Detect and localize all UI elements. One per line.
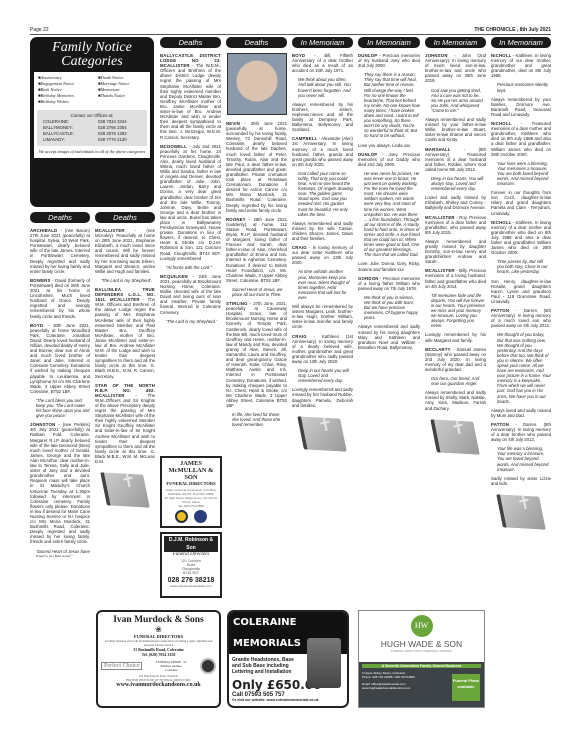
ad-title: HUGH WADE & SON bbox=[359, 639, 484, 649]
notice: BALLINLEA TRUE DEFENDERS L.O.L. NO. 1511… bbox=[95, 287, 155, 379]
column-memoriam-5: In MemoriamBOYD - Bill. Fiftieth Anniver… bbox=[292, 37, 353, 562]
notice: JOHNSON - John (2nd Anniversary). In lov… bbox=[425, 53, 486, 84]
bible-icon: ✝ bbox=[296, 414, 352, 454]
image-note: We accept images of individuals in all o… bbox=[38, 149, 146, 155]
notice-text: - The W.M. Officers and Brethren of the … bbox=[95, 297, 155, 378]
notice-signoff: Always remembered and sadly missed by hi… bbox=[292, 221, 353, 241]
office-row: LIMAVADY:028 7776 2130 bbox=[43, 137, 141, 143]
notice-verse: In life, she lived for those she loved. … bbox=[226, 412, 287, 427]
notice-verse: Precious memories silently kept. bbox=[491, 82, 551, 92]
bible-icon: ✝ bbox=[99, 470, 155, 510]
memoriam-header: In Memoriam bbox=[292, 37, 353, 48]
mcmullan-ad: JAMES McMULLAN & SON FUNERAL DIRECTORS U… bbox=[160, 456, 222, 528]
notice-verse: Sacred Heart of Jesus, we place all our … bbox=[226, 287, 287, 297]
memoriam-header: In Memoriam bbox=[491, 37, 551, 48]
paper-title: THE CHRONICLE , 8th July 2021 bbox=[474, 27, 551, 33]
notice-signoff: Lovingly remembered by his wife Margaret… bbox=[425, 332, 486, 342]
notice: MCALLISTER - Roy. Precious memories of a… bbox=[425, 215, 486, 235]
perfect-choice-logo: Perfect Choice bbox=[101, 662, 142, 670]
ad-address: 22 High Street, Ballymoney / 19 Church S… bbox=[164, 496, 218, 504]
ad-phone: Tel. (028) 7034 3350 bbox=[101, 652, 216, 657]
family-notice-box: Family Notice Categories AnniversaryDeat… bbox=[30, 37, 154, 207]
notice-signoff: Always remembered and greatly missed by … bbox=[425, 239, 486, 264]
column-deaths-2: DeathsMCALLISTER - (nee McAuley). Peacef… bbox=[95, 212, 155, 552]
notice-text: - Kathleen (1st Anniversary). In loving … bbox=[292, 334, 353, 364]
column-memoriam-8: In MemoriamNICHOLL - Kathleen. In loving… bbox=[491, 37, 551, 597]
notice-verse: Your lives were a blessing, Your memorie… bbox=[491, 161, 551, 186]
coleraine-memorials-ad: COLERAINE MEMORIALS Granite Headstones, … bbox=[227, 610, 349, 708]
notice: MCDOWELL - July 2nd 2021 peacefully at h… bbox=[160, 144, 221, 261]
notice-signoff: Always remembered and sadly missed by Sh… bbox=[425, 390, 486, 410]
column-deaths-3: DeathsBALLYCASTLE DISTRICT LODGE NO 23. … bbox=[160, 37, 221, 452]
notice-text: - 28th June 2021 (suddenly), at home, 11… bbox=[226, 217, 287, 283]
badge-icon bbox=[194, 510, 207, 523]
notice: GORDON - Precious memories of a loving f… bbox=[358, 276, 420, 291]
category-list: AnniversaryDeath NoticeEngagement Notice… bbox=[38, 75, 146, 105]
ad-banner: A Seventh Generation Family Owned Busine… bbox=[362, 664, 481, 668]
notice-signoff: Always loved and sadly missed by Mum and… bbox=[491, 408, 551, 418]
notice: STAR OF THE NORTH R.B.P. NO. 492. MCALLI… bbox=[95, 383, 155, 465]
notice: STIRLING - 27th June, 2021, peacefully a… bbox=[226, 301, 287, 408]
notice-signoff: Sadly missed by sister Lizzie and kids. bbox=[491, 476, 551, 486]
bible-icon: ✝ bbox=[429, 417, 485, 457]
notice-signoff: Love: Julie, Donna, Gary, Ricky, Joanne … bbox=[358, 261, 420, 271]
page-number: Page 22 bbox=[30, 27, 49, 33]
ad-title: JAMES McMULLAN & SON bbox=[164, 460, 218, 481]
notice-verse: We think of you in silence, We think of … bbox=[358, 295, 420, 320]
notice-signoff: Lovingly remembered and sadly missed by … bbox=[292, 387, 353, 407]
ad-tagline: A family business free from all multinat… bbox=[101, 639, 216, 647]
notice: NEVIN - 30th June 2021 (peacefully at ho… bbox=[226, 121, 287, 213]
ornament-icon: ❀ bbox=[101, 625, 216, 634]
notice-signoff: Son Henry, daughter-in-law Rosalie, gran… bbox=[491, 279, 551, 304]
notice-text: - 30th June 2021, peacefully at home Woo… bbox=[30, 323, 90, 394]
ad-web[interactable]: www.robinsonsfuneralsurn.com bbox=[164, 584, 218, 588]
category-item: Thanks Notice bbox=[98, 93, 146, 99]
notice-text: - (nee Bacon) 27th June 2021 (peacefully… bbox=[30, 228, 90, 274]
notice-signoff: Always remembered and sadly missed by yo… bbox=[425, 117, 486, 142]
notice-verse: We thought of you today, But that was no… bbox=[491, 332, 551, 403]
notice: JOHNSTON - (nee Perkins) 4th July 2021 (… bbox=[30, 422, 90, 544]
notice: ARCHIBALD - (nee Bacon) 27th June 2021 (… bbox=[30, 228, 90, 274]
notice: NICHOLL - Treasured memories of a dear m… bbox=[491, 121, 551, 157]
crest-icon bbox=[175, 510, 188, 523]
notice-verse: As time unfolds another year, Memories k… bbox=[292, 269, 353, 300]
notice-verse: Your life was a blessing, Your memory a … bbox=[491, 446, 551, 471]
notice-text: - 24th June 2021, peacefully at Brookmou… bbox=[160, 274, 221, 315]
notice-text: - July 2nd 2021 peacefully at his home, … bbox=[160, 144, 221, 261]
deaths-header: Deaths bbox=[160, 37, 221, 48]
notice-text: - John (2nd Anniversary). In loving memo… bbox=[425, 53, 486, 83]
contact-box: Contact our Offices at: COLERAINE:028 70… bbox=[37, 110, 147, 146]
notice-signoff: Always remembered by his brothers, siste… bbox=[292, 102, 353, 133]
notice-verse: Deep in our hearts, You will always stay… bbox=[425, 176, 486, 191]
notice-signoff: Will always be remembered by sisters Mar… bbox=[292, 304, 353, 329]
notice-verse: They say there is a reason, They say tha… bbox=[358, 72, 420, 138]
column-deaths-1: DeathsARCHIBALD - (nee Bacon) 27th June … bbox=[30, 212, 90, 557]
robinson-ad: D.J.M. Robinson & Son Funeral Directors … bbox=[160, 532, 222, 598]
ad-address: 121 Culcrum Road Cloughmills BT44 9DT bbox=[164, 557, 218, 577]
notice-text: - Kathleen. In loving memory of a dear m… bbox=[491, 220, 551, 256]
notice: PATTON - Darren (8th Anniversary). In lo… bbox=[491, 308, 551, 328]
column-memoriam-7: In MemoriamJOHNSON - John (2nd Anniversa… bbox=[425, 37, 486, 582]
notice-signoff: Forever in our thoughts from son Cecil, … bbox=[491, 190, 551, 215]
notice-verse: Our hero, Our friend, And now our guardi… bbox=[425, 376, 486, 386]
nevin-photo bbox=[227, 53, 287, 115]
notice: CRAIG - In loving memory of our dear sis… bbox=[292, 245, 353, 265]
notice: MCALLISTER - (nee McAuley). Peacefully a… bbox=[95, 228, 155, 274]
notice-text: - The W.M.,Officers and Sir Knights of t… bbox=[95, 393, 155, 464]
notice: BALLYCASTLE DISTRICT LODGE NO 23. MCALLI… bbox=[160, 53, 221, 140]
notice-verse: God saw you getting tired, And a cure wa… bbox=[425, 88, 486, 113]
notice-verse: We think about you often, And talk about… bbox=[292, 77, 353, 97]
funeral-plans-badge: Funeral Plans available bbox=[452, 674, 480, 701]
funeral-home: FUNERAL HOME - 2a Windsor Avenue, Colera… bbox=[154, 660, 188, 672]
notice: BOWERS - David (formerly of Portstewart)… bbox=[30, 278, 90, 319]
office-list: COLERAINE:028 7034 3344BALLYMONEY:028 27… bbox=[43, 119, 141, 143]
murdock-ad: Ivan Murdock & Sons ❀ FUNERAL DIRECTORS … bbox=[96, 610, 221, 708]
notice-verse: He was never for praises, He was never o… bbox=[358, 171, 420, 258]
deaths-header: Deaths bbox=[30, 212, 90, 223]
notice-verse: God called your name so softly, That onl… bbox=[292, 171, 353, 217]
notice-verse: 'The Lord is my Shepherd.' bbox=[160, 319, 221, 324]
bible-icon: ✝ bbox=[495, 492, 551, 532]
notice-text: - 27th June, 2021, peacefully at Causewa… bbox=[226, 301, 287, 408]
family-title: Family Notice Categories bbox=[34, 41, 150, 69]
notice-text: - The W.D.M., Officers and Brethren of t… bbox=[160, 63, 221, 139]
notice: MCALLISTER - Billy. Precious memories of… bbox=[425, 268, 486, 288]
notice-signoff: Love you always, Linda xxx bbox=[358, 143, 420, 148]
notice: NICHOLL - Kathleen. In loving memory of … bbox=[491, 53, 551, 78]
notice: MARSHALL - (9th Anniversary). Treasured … bbox=[425, 147, 486, 172]
notice: CAMPBELL - Alexander (Alec) 1st Annivers… bbox=[292, 136, 353, 167]
notice-text: - Treasured memories of a dear mother an… bbox=[491, 121, 551, 157]
deaths-header: Deaths bbox=[226, 37, 287, 48]
notice-verse: "At home with the Lord." bbox=[160, 265, 221, 270]
notice: CRAIG - Kathleen (1st Anniversary). In l… bbox=[292, 334, 353, 365]
ad-description: Granite Headstones, Base and Sub Base in… bbox=[229, 654, 307, 678]
notice-verse: 'Sacred Heart of Jesus have mercy on her… bbox=[30, 549, 90, 557]
ad-subtitle: FUNERAL DIRECTORS bbox=[164, 481, 218, 486]
ad-web[interactable]: Or visit our website: www.colerainememor… bbox=[229, 698, 347, 702]
crest-icon bbox=[200, 658, 216, 674]
notice: ROONEY - 28th June 2021 (suddenly), at h… bbox=[226, 217, 287, 283]
notice-verse: Deep in our hearts you will stay, Loved … bbox=[292, 368, 353, 383]
header-rule bbox=[30, 34, 551, 35]
notice: NICHOLL - Kathleen. In loving memory of … bbox=[491, 220, 551, 256]
memoriam-header: In Memoriam bbox=[358, 37, 420, 48]
category-item: Birthday Wishes bbox=[38, 99, 98, 105]
notice: MCQUILKEN - 24th June 2021, peacefully a… bbox=[160, 274, 221, 315]
notice-verse: 'The Lord is my Shepherd'. bbox=[95, 278, 155, 283]
notice-verse: 'The Lord bless you and keep you, The Lo… bbox=[30, 398, 90, 418]
notice-text: - Alexander (Alec) 1st Anniversary. In l… bbox=[292, 136, 353, 166]
deaths-header: Deaths bbox=[95, 212, 155, 223]
notice: MCCLARTY - Samuel James (Sammy) who pass… bbox=[425, 347, 486, 372]
headstone-icon bbox=[307, 638, 341, 688]
ad-title: Ivan Murdock & Sons bbox=[101, 615, 216, 625]
hugh-wade-ad: HW HUGH WADE & SON FUNERAL DIRECTORS & M… bbox=[358, 610, 485, 708]
notice-text: - (nee McAuley). Peacefully at home on 2… bbox=[95, 228, 155, 274]
notice-signoff: Always remembered by your families, Drom… bbox=[491, 97, 551, 117]
ad-web[interactable]: www.ivanmurdockandsons.co.uk bbox=[101, 682, 216, 688]
hw-logo: HW bbox=[411, 615, 433, 637]
column-memoriam-6: In MemoriamDUNLOP - Precious memories of… bbox=[358, 37, 420, 607]
notice-text: - David (formerly of Portstewart) died o… bbox=[30, 278, 90, 319]
notice-text: - (nee Perkins) 4th July 2021 (peacefull… bbox=[30, 422, 90, 544]
notice: DUNLOP - Precious memories of my husband… bbox=[358, 53, 420, 68]
column-deaths-4: DeathsNEVIN - 30th June 2021 (peacefully… bbox=[226, 37, 287, 600]
notice-signoff: Loved and sadly missed by Elizabeth, Shi… bbox=[425, 195, 486, 210]
notice-signoff: Always remembered and sadly missed by hi… bbox=[358, 324, 420, 349]
notice: BOYD - 30th June 2021, peacefully at hom… bbox=[30, 323, 90, 394]
notice: PATTON - Darren. (8th Anniversary). In l… bbox=[491, 422, 551, 442]
notice-verse: Till memories fade and life departs, You… bbox=[425, 293, 486, 329]
notice-verse: Time passes by, But still you both stay,… bbox=[491, 259, 551, 274]
notice: DUNLOP - Joey. Precious memories of our … bbox=[358, 152, 420, 167]
ad-phone: 028 276 38218 bbox=[164, 577, 218, 584]
ad-line: Under personal supervision of Andrew McM… bbox=[164, 488, 218, 496]
memoriam-header: In Memoriam bbox=[425, 37, 486, 48]
notice-text: - 30th June 2021 (peacefully at home, su… bbox=[226, 121, 287, 213]
ad-phone: Tel. 028 276 63588 bbox=[164, 504, 218, 508]
ad-subtitle: FUNERAL DIRECTORS & MEMORIAL MASONS bbox=[359, 649, 484, 653]
office-name: LIMAVADY: bbox=[43, 137, 98, 143]
office-phone: 028 7776 2130 bbox=[98, 137, 141, 143]
notice: BOYD - Bill. Fiftieth Anniversary of a d… bbox=[292, 53, 353, 73]
ad-title: D.J.M. Robinson & Son bbox=[164, 536, 218, 552]
